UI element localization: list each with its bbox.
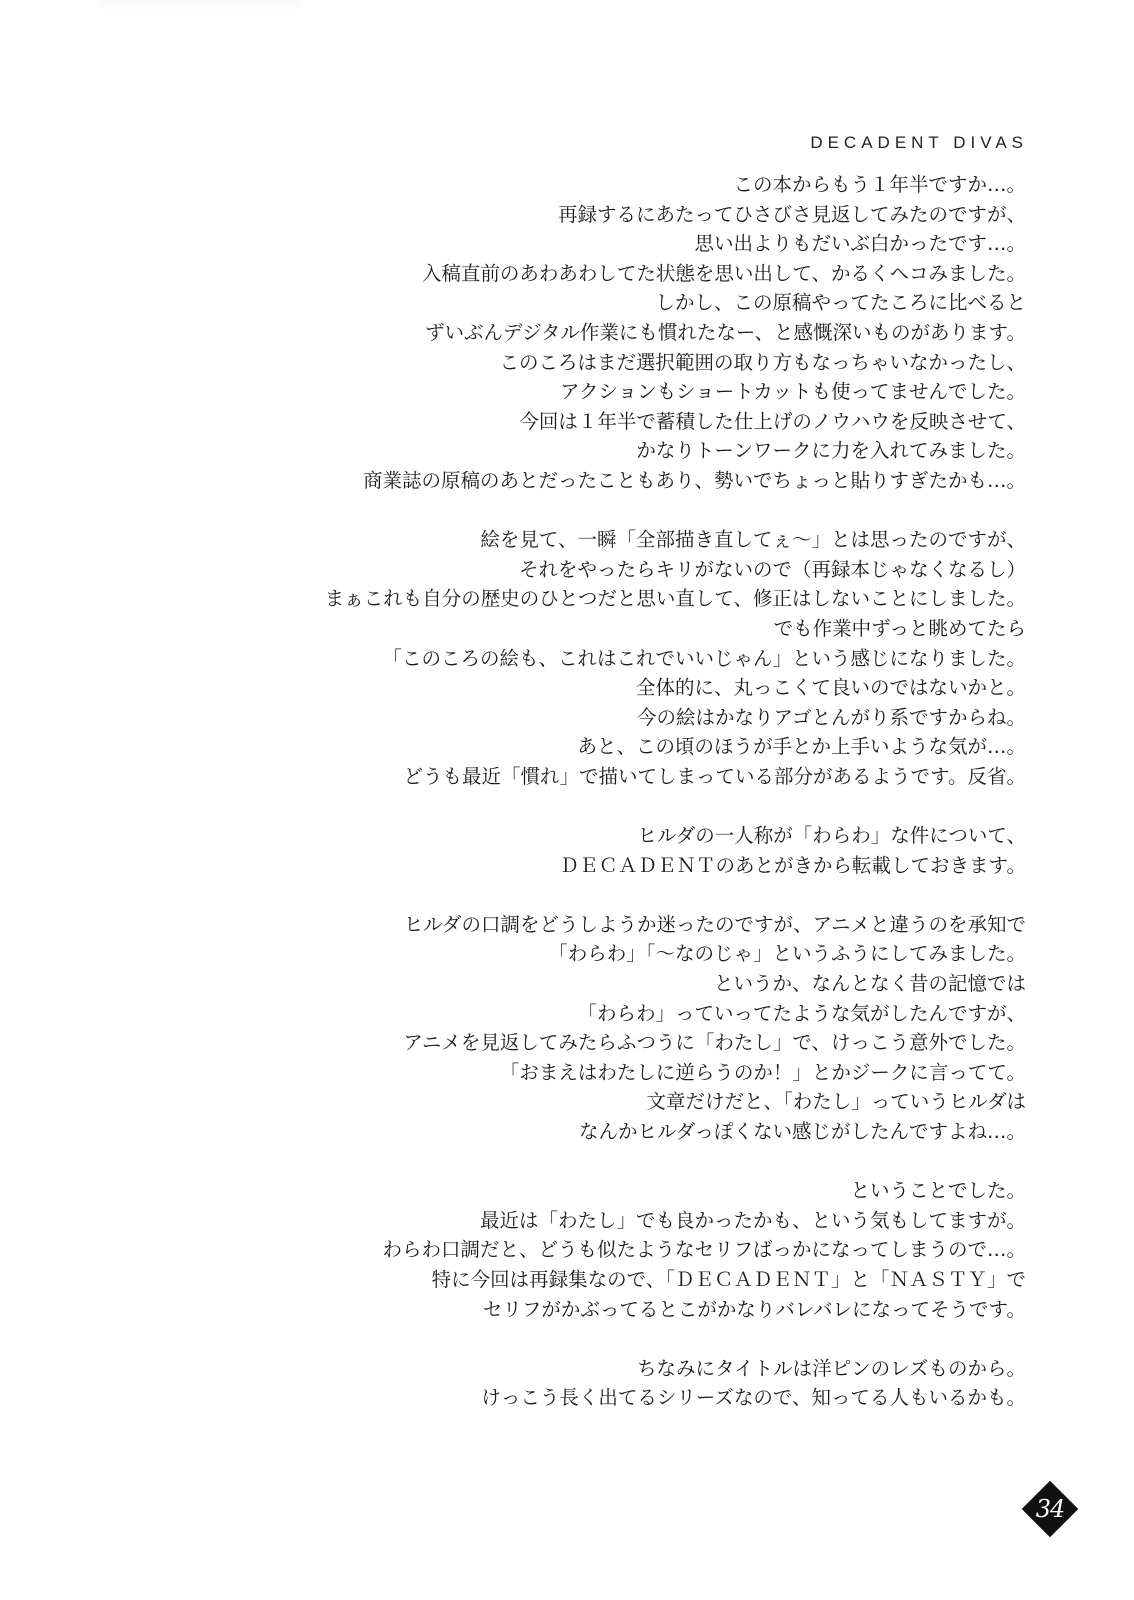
text-line: この本からもう１年半ですか…。 — [126, 170, 1026, 200]
text-line: 再録するにあたってひさびさ見返してみたのですが、 — [126, 200, 1026, 230]
text-line: ということでした。 — [126, 1176, 1026, 1206]
text-line: 全体的に、丸っこくて良いのではないかと。 — [126, 673, 1026, 703]
text-line: でも作業中ずっと眺めてたら — [126, 614, 1026, 644]
text-line: ちなみにタイトルは洋ピンのレズものから。 — [126, 1354, 1026, 1384]
text-line: ＤＥＣＡＤＥＮＴのあとがきから転載しておきます。 — [126, 851, 1026, 881]
paragraph-3: ヒルダの一人称が「わらわ」な件について、 ＤＥＣＡＤＥＮＴのあとがきから転載して… — [126, 821, 1026, 880]
text-line: 入稿直前のあわあわしてた状態を思い出して、かるくヘコみました。 — [126, 259, 1026, 289]
text-line: あと、この頃のほうが手とか上手いような気が…。 — [126, 732, 1026, 762]
page-number: 34 — [1022, 1481, 1078, 1537]
text-line: 思い出よりもだいぶ白かったです…。 — [126, 229, 1026, 259]
text-line: それをやったらキリがないので（再録本じゃなくなるし） — [126, 555, 1026, 585]
text-line: 最近は「わたし」でも良かったかも、という気もしてますが。 — [126, 1206, 1026, 1236]
text-line: 「おまえはわたしに逆らうのか！」とかジークに言ってて。 — [126, 1058, 1026, 1088]
text-line: 特に今回は再録集なので、「ＤＥＣＡＤＥＮＴ」と「ＮＡＳＴＹ」で — [126, 1265, 1026, 1295]
text-line: 文章だけだと、「わたし」っていうヒルダは — [126, 1087, 1026, 1117]
text-line: アクションもショートカットも使ってませんでした。 — [126, 377, 1026, 407]
text-line: ヒルダの口調をどうしようか迷ったのですが、アニメと違うのを承知で — [126, 910, 1026, 940]
text-line: 絵を見て、一瞬「全部描き直してぇ～」とは思ったのですが、 — [126, 525, 1026, 555]
afterword-body: この本からもう１年半ですか…。 再録するにあたってひさびさ見返してみたのですが、… — [126, 170, 1026, 1443]
text-line: というか、なんとなく昔の記憶では — [126, 969, 1026, 999]
paragraph-2: 絵を見て、一瞬「全部描き直してぇ～」とは思ったのですが、 それをやったらキリがな… — [126, 525, 1026, 791]
text-line: 今回は１年半で蓄積した仕上げのノウハウを反映させて、 — [126, 407, 1026, 437]
text-line: しかし、この原稿やってたころに比べると — [126, 288, 1026, 318]
page-title: DECADENT DIVAS — [810, 133, 1028, 153]
text-line: 商業誌の原稿のあとだったこともあり、勢いでちょっと貼りすぎたかも…。 — [126, 466, 1026, 496]
text-line: 今の絵はかなりアゴとんがり系ですからね。 — [126, 703, 1026, 733]
text-line: かなりトーンワークに力を入れてみました。 — [126, 436, 1026, 466]
text-line: ずいぶんデジタル作業にも慣れたなー、と感慨深いものがあります。 — [126, 318, 1026, 348]
text-line: ヒルダの一人称が「わらわ」な件について、 — [126, 821, 1026, 851]
text-line: 「わらわ」っていってたような気がしたんですが、 — [126, 999, 1026, 1029]
text-line: どうも最近「慣れ」で描いてしまっている部分があるようです。反省。 — [126, 762, 1026, 792]
paragraph-4: ヒルダの口調をどうしようか迷ったのですが、アニメと違うのを承知で 「わらわ」「～… — [126, 910, 1026, 1147]
document-page: DECADENT DIVAS この本からもう１年半ですか…。 再録するにあたって… — [0, 0, 1134, 1600]
scan-edge-artifact — [100, 0, 300, 12]
paragraph-1: この本からもう１年半ですか…。 再録するにあたってひさびさ見返してみたのですが、… — [126, 170, 1026, 496]
text-line: アニメを見返してみたらふつうに「わたし」で、けっこう意外でした。 — [126, 1028, 1026, 1058]
text-line: わらわ口調だと、どうも似たようなセリフばっかになってしまうので…。 — [126, 1235, 1026, 1265]
page-number-badge: 34 — [1022, 1481, 1078, 1537]
paragraph-5: ということでした。 最近は「わたし」でも良かったかも、という気もしてますが。 わ… — [126, 1176, 1026, 1324]
text-line: 「このころの絵も、これはこれでいいじゃん」という感じになりました。 — [126, 644, 1026, 674]
text-line: このころはまだ選択範囲の取り方もなっちゃいなかったし、 — [126, 348, 1026, 378]
text-line: 「わらわ」「～なのじゃ」というふうにしてみました。 — [126, 939, 1026, 969]
text-line: なんかヒルダっぽくない感じがしたんですよね…。 — [126, 1117, 1026, 1147]
paragraph-6: ちなみにタイトルは洋ピンのレズものから。 けっこう長く出てるシリーズなので、知っ… — [126, 1354, 1026, 1413]
text-line: セリフがかぶってるとこがかなりバレバレになってそうです。 — [126, 1295, 1026, 1325]
text-line: けっこう長く出てるシリーズなので、知ってる人もいるかも。 — [126, 1383, 1026, 1413]
text-line: まぁこれも自分の歴史のひとつだと思い直して、修正はしないことにしました。 — [126, 584, 1026, 614]
